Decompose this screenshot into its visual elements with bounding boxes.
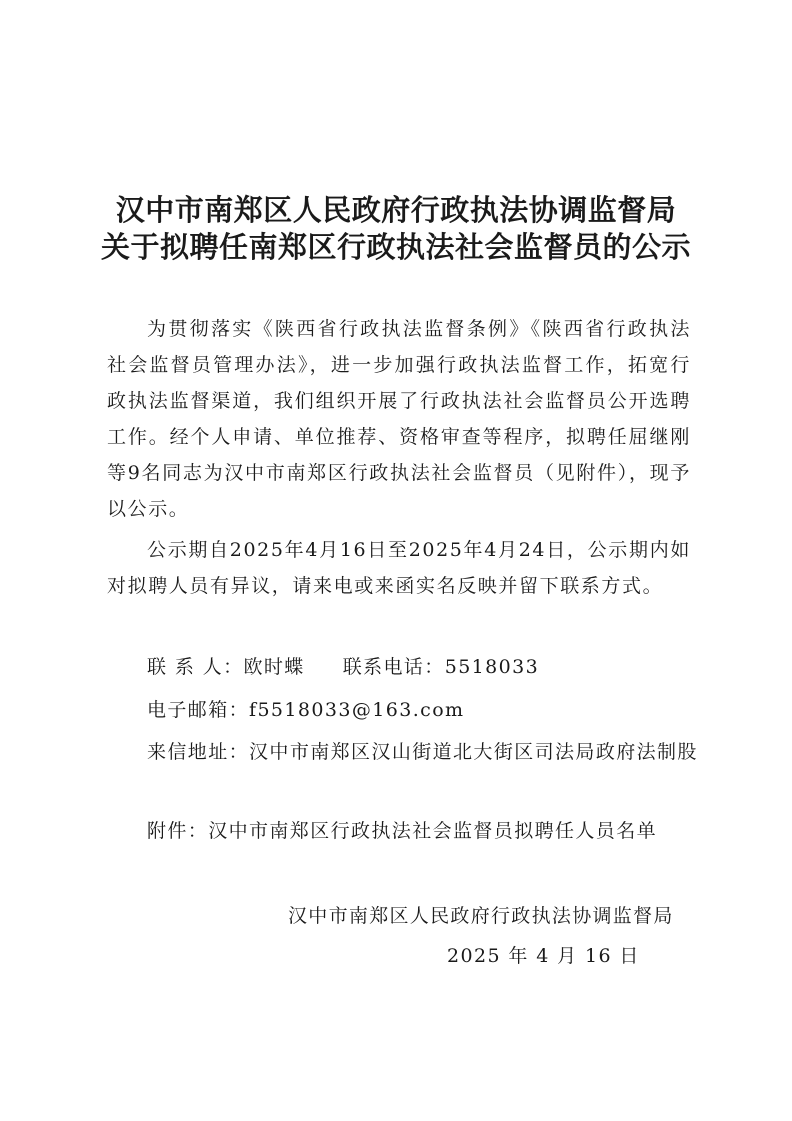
contact-person-label: 联 系 人： (147, 656, 243, 678)
contact-address-label: 来信地址： (147, 741, 249, 763)
attachment-row: 附件：汉中市南郑区行政执法社会监督员拟聘任人员名单 (147, 819, 657, 843)
contact-address-row: 来信地址：汉中市南郑区汉山街道北大街区司法局政府法制股 (147, 740, 698, 764)
contact-person-row: 联 系 人：欧时蝶联系电话：5518033 (147, 655, 539, 679)
signature-date: 2025 年 4 月 16 日 (447, 944, 640, 968)
contact-phone-value: 5518033 (445, 656, 539, 678)
contact-address-value: 汉中市南郑区汉山街道北大街区司法局政府法制股 (249, 741, 698, 763)
attachment-value: 汉中市南郑区行政执法社会监督员拟聘任人员名单 (208, 820, 657, 842)
body-paragraph-2: 公示期自2025年4月16日至2025年4月24日，公示期内如对拟聘人员有异议，… (107, 532, 691, 604)
contact-phone-label: 联系电话： (343, 656, 445, 678)
contact-person-value: 欧时蝶 (243, 656, 304, 678)
body-paragraph-1: 为贯彻落实《陕西省行政执法监督条例》《陕西省行政执法社会监督员管理办法》，进一步… (107, 311, 691, 527)
document-title-line2: 关于拟聘任南郑区行政执法社会监督员的公示 (0, 230, 792, 264)
signature-org: 汉中市南郑区人民政府行政执法协调监督局 (288, 904, 674, 928)
contact-email-label: 电子邮箱： (147, 699, 249, 721)
document-title-line1: 汉中市南郑区人民政府行政执法协调监督局 (0, 193, 792, 227)
attachment-label: 附件： (147, 820, 208, 842)
contact-email-row: 电子邮箱：f5518033@163.com (147, 698, 464, 722)
contact-email-value: f5518033@163.com (249, 699, 464, 721)
